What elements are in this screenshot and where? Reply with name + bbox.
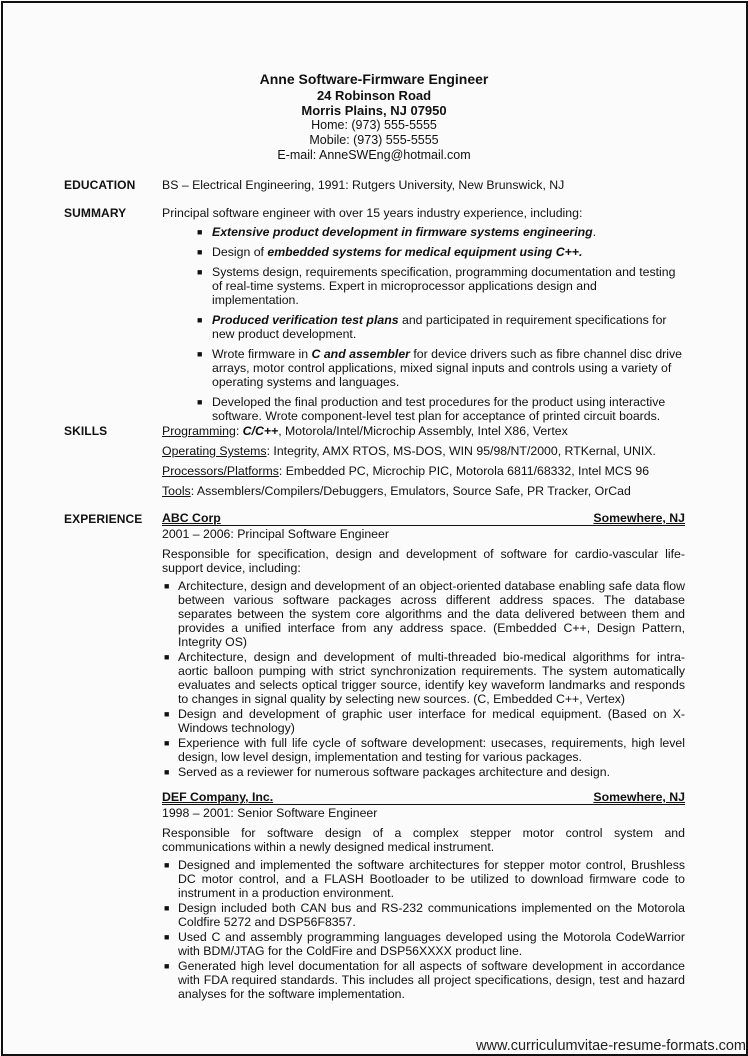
square-bullet-icon: ■ <box>197 225 202 239</box>
job-description: Responsible for specification, design an… <box>162 547 685 575</box>
skill-category: Operating Systems <box>162 444 267 458</box>
skill-values: Integrity, AMX RTOS, MS-DOS, WIN 95/98/N… <box>273 444 655 458</box>
summary-intro: Principal software engineer with over 15… <box>162 206 685 220</box>
square-bullet-icon: ■ <box>164 736 169 750</box>
company-name: ABC Corp <box>162 512 221 525</box>
square-bullet-icon: ■ <box>164 765 169 779</box>
job-description: Responsible for software design of a com… <box>162 826 685 854</box>
job-bullet-text: Design and development of graphic user i… <box>178 707 685 735</box>
job-bullet-text: Generated high level documentation for a… <box>178 959 685 1001</box>
square-bullet-icon: ■ <box>164 901 169 915</box>
summary-item: ■Developed the final production and test… <box>162 395 685 423</box>
summary-item: ■Wrote firmware in C and assembler for d… <box>162 347 685 389</box>
company-location: Somewhere, NJ <box>593 512 685 525</box>
summary-emphasis: Extensive product development in firmwar… <box>212 225 593 239</box>
home-phone: Home: (973) 555-5555 <box>0 118 748 133</box>
website-watermark: www.curriculumvitae-resume-formats.com <box>472 1038 746 1054</box>
job-bullet: ■Used C and assembly programming languag… <box>162 930 685 958</box>
summary-text: . <box>593 225 596 239</box>
square-bullet-icon: ■ <box>197 395 202 409</box>
square-bullet-icon: ■ <box>197 245 202 259</box>
job-bullet-text: Designed and implemented the software ar… <box>178 858 685 900</box>
skills-body: Programming: C/C++, Motorola/Intel/Micro… <box>162 424 685 504</box>
job-bullet: ■Design and development of graphic user … <box>162 707 685 735</box>
summary-text: Systems design, requirements specificati… <box>212 265 675 307</box>
square-bullet-icon: ■ <box>164 959 169 973</box>
summary-text: Wrote firmware in <box>212 347 312 361</box>
job-bullets: ■Designed and implemented the software a… <box>162 858 685 1001</box>
company-location: Somewhere, NJ <box>593 791 685 804</box>
section-label-education: EDUCATION <box>64 178 135 192</box>
skill-values: Assemblers/Compilers/Debuggers, Emulator… <box>197 484 631 498</box>
section-label-experience: EXPERIENCE <box>64 512 142 526</box>
summary-text: Design of <box>212 245 267 259</box>
job-bullet: ■Architecture, design and development of… <box>162 579 685 649</box>
job-bullet-text: Architecture, design and development of … <box>178 650 685 706</box>
summary-item: ■Produced verification test plans and pa… <box>162 313 685 341</box>
summary-emphasis: embedded systems for medical equipment u… <box>267 245 582 259</box>
summary-emphasis: C and assembler <box>312 347 410 361</box>
skill-row: Operating Systems: Integrity, AMX RTOS, … <box>162 444 685 458</box>
job-bullet: ■Generated high level documentation for … <box>162 959 685 1001</box>
summary-item: ■Systems design, requirements specificat… <box>162 265 685 307</box>
mobile-phone: Mobile: (973) 555-5555 <box>0 133 748 148</box>
square-bullet-icon: ■ <box>164 930 169 944</box>
section-label-skills: SKILLS <box>64 424 107 438</box>
summary-text: Developed the final production and test … <box>212 395 665 423</box>
job-role: 2001 – 2006: Principal Software Engineer <box>162 527 685 541</box>
company-name: DEF Company, Inc. <box>162 791 273 804</box>
education-text: BS – Electrical Engineering, 1991: Rutge… <box>162 178 685 192</box>
job-bullet-text: Used C and assembly programming language… <box>178 930 685 958</box>
summary-item: ■Design of embedded systems for medical … <box>162 245 685 259</box>
skill-values: Embedded PC, Microchip PIC, Motorola 681… <box>286 464 649 478</box>
experience-body: ABC CorpSomewhere, NJ2001 – 2006: Princi… <box>162 512 685 1002</box>
section-label-summary: SUMMARY <box>64 206 126 220</box>
job-bullet-text: Architecture, design and development of … <box>178 579 685 649</box>
job-bullet: ■Design included both CAN bus and RS-232… <box>162 901 685 929</box>
job-bullet-text: Design included both CAN bus and RS-232 … <box>178 901 685 929</box>
square-bullet-icon: ■ <box>197 313 202 327</box>
square-bullet-icon: ■ <box>164 707 169 721</box>
summary-item: ■Extensive product development in firmwa… <box>162 225 685 239</box>
summary-body: Principal software engineer with over 15… <box>162 206 685 429</box>
skill-row: Programming: C/C++, Motorola/Intel/Micro… <box>162 424 685 438</box>
job-bullet: ■Experience with full life cycle of soft… <box>162 736 685 764</box>
resume-header: Anne Software-Firmware Engineer 24 Robin… <box>0 71 748 163</box>
job-bullet-text: Experience with full life cycle of softw… <box>178 736 685 764</box>
candidate-name: Anne Software-Firmware Engineer <box>0 71 748 88</box>
job-bullet: ■Designed and implemented the software a… <box>162 858 685 900</box>
job-bullet: ■Served as a reviewer for numerous softw… <box>162 765 685 779</box>
company-header: ABC CorpSomewhere, NJ <box>162 512 685 526</box>
skill-category: Processors/Platforms <box>162 464 279 478</box>
skill-category: Tools <box>162 484 191 498</box>
job-role: 1998 – 2001: Senior Software Engineer <box>162 806 685 820</box>
skill-separator: : <box>279 464 286 478</box>
summary-list: ■Extensive product development in firmwa… <box>162 225 685 423</box>
square-bullet-icon: ■ <box>164 579 169 593</box>
address-line-1: 24 Robinson Road <box>0 88 748 103</box>
summary-emphasis: Produced verification test plans <box>212 313 399 327</box>
square-bullet-icon: ■ <box>197 347 202 361</box>
skill-category: Programming <box>162 424 236 438</box>
square-bullet-icon: ■ <box>164 650 169 664</box>
skill-row: Tools: Assemblers/Compilers/Debuggers, E… <box>162 484 685 498</box>
square-bullet-icon: ■ <box>197 265 202 279</box>
job-entry: DEF Company, Inc.Somewhere, NJ1998 – 200… <box>162 791 685 1001</box>
job-bullets: ■Architecture, design and development of… <box>162 579 685 779</box>
address-line-2: Morris Plains, NJ 07950 <box>0 103 748 118</box>
skill-row: Processors/Platforms: Embedded PC, Micro… <box>162 464 685 478</box>
skill-values: , Motorola/Intel/Microchip Assembly, Int… <box>278 424 568 438</box>
company-header: DEF Company, Inc.Somewhere, NJ <box>162 791 685 805</box>
job-entry: ABC CorpSomewhere, NJ2001 – 2006: Princi… <box>162 512 685 779</box>
job-bullet-text: Served as a reviewer for numerous softwa… <box>178 765 610 779</box>
skill-emphasis: C/C++ <box>243 424 279 438</box>
job-bullet: ■Architecture, design and development of… <box>162 650 685 706</box>
square-bullet-icon: ■ <box>164 858 169 872</box>
email: E-mail: AnneSWEng@hotmail.com <box>0 148 748 163</box>
skill-separator: : <box>236 424 243 438</box>
